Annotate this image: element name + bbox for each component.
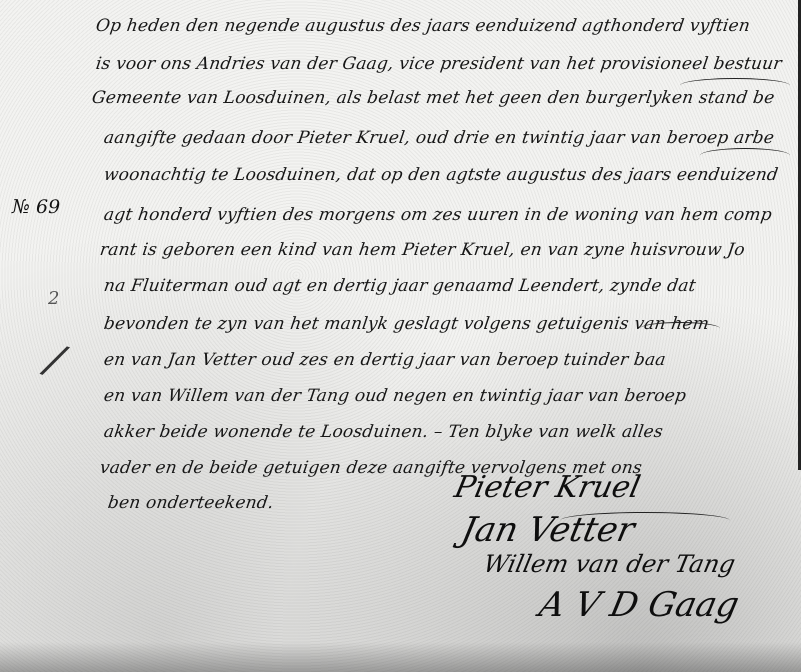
text-line: agt honderd vyftien des morgens om zes u…: [103, 205, 774, 225]
document-page: № 69 2 / Op heden den negende augustus d…: [0, 0, 801, 672]
signature-avd-gaag: A V D Gaag: [536, 585, 743, 625]
margin-mark: 2: [48, 288, 59, 309]
text-line: is voor ons Andries van der Gaag, vice p…: [95, 54, 783, 74]
text-line: Gemeente van Loosduinen, als belast met …: [91, 88, 776, 108]
text-line: woonachtig te Loosduinen, dat op den agt…: [103, 165, 780, 185]
text-line: Op heden den negende augustus des jaars …: [95, 16, 752, 36]
text-line: na Fluiterman oud agt en dertig jaar gen…: [103, 276, 698, 296]
margin-stroke: /: [41, 334, 70, 385]
flourish: [680, 78, 790, 93]
record-number: № 69: [12, 196, 60, 218]
text-line: bevonden te zyn van het manlyk geslagt v…: [103, 314, 711, 334]
scan-shadow: [0, 642, 801, 672]
text-line: akker beide wonende te Loosduinen. – Ten…: [103, 422, 665, 442]
text-line: en van Willem van der Tang oud negen en …: [103, 386, 688, 406]
text-line: en van Jan Vetter oud zes en dertig jaar…: [103, 350, 668, 370]
signature-willem-van-der-tang: Willem van der Tang: [481, 550, 738, 578]
text-line: ben onderteekend.: [107, 493, 275, 513]
text-line: aangifte gedaan door Pieter Kruel, oud d…: [103, 128, 776, 148]
flourish: [700, 148, 790, 163]
signature-pieter-kruel: Pieter Kruel: [451, 470, 643, 505]
signature-flourish: [560, 512, 730, 529]
text-line: rant is geboren een kind van hem Pieter …: [99, 240, 747, 260]
flourish: [640, 322, 720, 335]
